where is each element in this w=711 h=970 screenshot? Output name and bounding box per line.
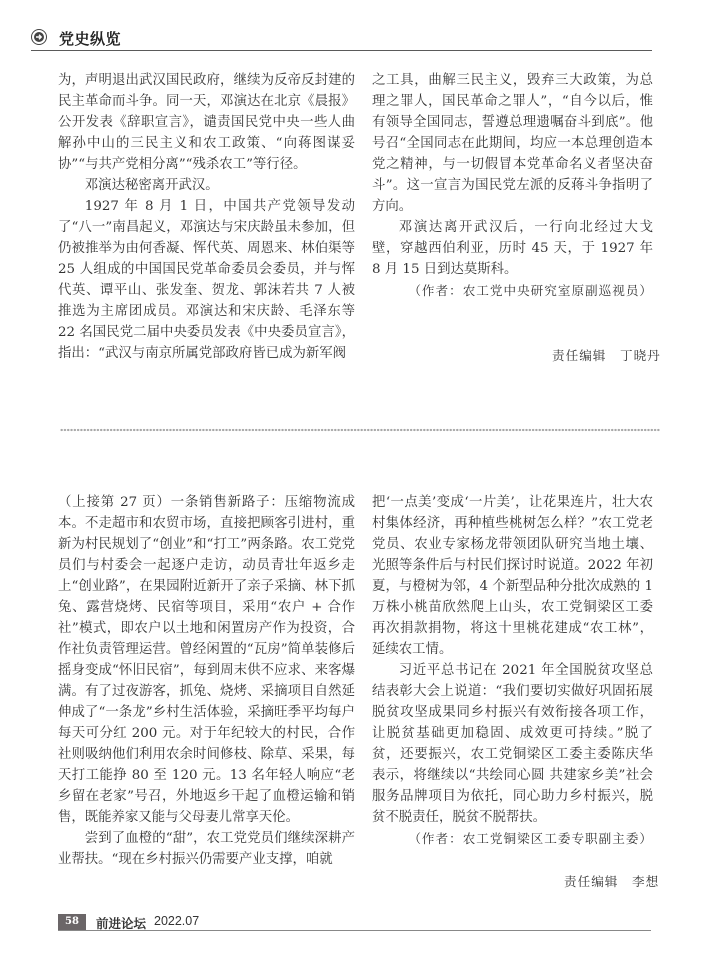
paragraph: 邓演达离开武汉后，一行向北经过大戈壁，穿越西伯利亚，历时 45 天，于 1927… <box>372 217 653 280</box>
paragraph: 习近平总书记在 2021 年全国脱贫攻坚总结表彰大会上说道：“我们要切实做好巩固… <box>372 660 653 828</box>
author-credit: （作者：农工党中央研究室原副巡视员） <box>372 280 653 301</box>
article2-left-column: （上接第 27 页）一条销售新路子：压缩物流成本。不走超市和农贸市场，直接把顾客… <box>58 492 355 870</box>
author-credit: （作者：农工党铜梁区工委专职副主委） <box>372 828 653 849</box>
issue-date: 2022.07 <box>154 914 199 928</box>
circle-arrow-icon <box>31 29 47 45</box>
article2-right-column: 把‘一点美’变成‘一片美’，让花果连片，壮大农村集体经济，再种植些桃树怎么样？”… <box>372 492 653 849</box>
editor-credit: 责任编辑 李想 <box>564 871 659 890</box>
section-header: 党史纵览 <box>31 28 652 51</box>
editor-credit: 责任编辑 丁晓丹 <box>552 345 661 364</box>
section-title: 党史纵览 <box>59 28 121 49</box>
page-footer: 58 前进论坛 2022.07 <box>58 914 651 931</box>
magazine-name: 前进论坛 <box>96 914 146 932</box>
article1-right-column: 之工具，曲解三民主义，毁弃三大政策，为总理之罪人，国民革命之罪人”，“自今以后，… <box>372 70 653 301</box>
paragraph: 尝到了血橙的“甜”，农工党党员们继续深耕产业帮扶。“现在乡村振兴仍需要产业支撑，… <box>58 828 355 870</box>
paragraph: 1927 年 8 月 1 日，中国共产党领导发动了“八一”南昌起义，邓演达与宋庆… <box>58 196 355 364</box>
paragraph: （上接第 27 页）一条销售新路子：压缩物流成本。不走超市和农贸市场，直接把顾客… <box>58 492 355 828</box>
article1-left-column: 为，声明退出武汉国民政府，继续为反帝反封建的民主革命而斗争。同一天，邓演达在北京… <box>58 70 355 364</box>
paragraph: 为，声明退出武汉国民政府，继续为反帝反封建的民主革命而斗争。同一天，邓演达在北京… <box>58 70 355 175</box>
paragraph: 邓演达秘密离开武汉。 <box>58 175 355 196</box>
paragraph: 之工具，曲解三民主义，毁弃三大政策，为总理之罪人，国民革命之罪人”，“自今以后，… <box>372 70 653 217</box>
page-number: 58 <box>58 914 86 930</box>
paragraph: 把‘一点美’变成‘一片美’，让花果连片，壮大农村集体经济，再种植些桃树怎么样？”… <box>372 492 653 660</box>
section-divider <box>60 428 660 432</box>
